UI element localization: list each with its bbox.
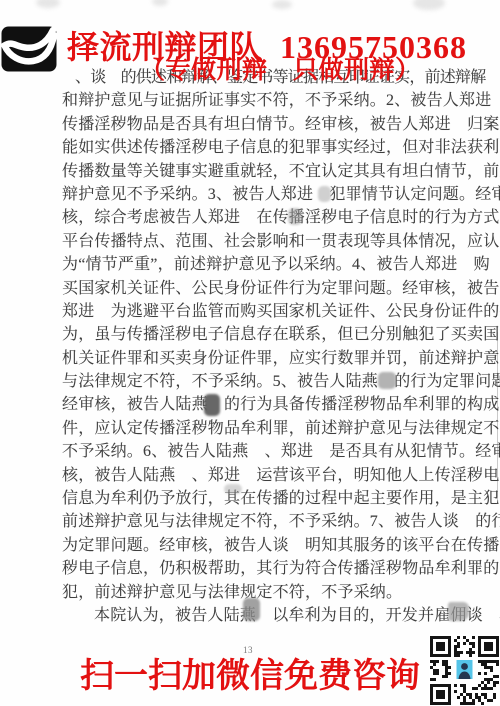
document-line: 平台传播特点、范围、社会影响和一贯表现等具体情况，应认定 [62, 230, 482, 253]
brand-logo-icon [1, 26, 58, 73]
document-line: 为，虽与传播淫秽电子信息存在联系，但已分别触犯了买卖国家 [62, 323, 482, 346]
document-line: 秽电子信息，仍积极帮助，其行为符合传播淫秽物品牟利罪的共 [62, 557, 482, 580]
document-line: 买国家机关证件、公民身份证件行为定罪问题。经审核，被告人 [62, 277, 482, 300]
redaction-mark [224, 484, 242, 494]
document-line: 犯，前述辩护意见与法律规定不符，不予采纳。 [62, 581, 482, 604]
document-line: 能如实供述传播淫秽电子信息的犯罪事实经过，但对非法获利、 [62, 136, 482, 159]
judgment-text: 、谈 的供述和辩解、鉴定书等证据相互印证证实，前述辩解和辩护意见与证据所证事实不… [62, 66, 482, 627]
document-line: 前述辩护意见与法律规定不符，不予采纳。7、被告人谈 的行 [62, 510, 482, 533]
document-line: 传播淫秽物品是否具有坦白情节。经审核，被告人郑进 归案后 [62, 113, 482, 136]
scan-noise [413, 0, 445, 10]
document-line: 不予采纳。6、被告人陆燕 、郑进 是否具有从犯情节。经审 [62, 440, 482, 463]
document-line: 核，被告人陆燕 、郑进 运营该平台，明知他人上传淫秽电子 [62, 464, 482, 487]
document-line: 机关证件罪和买卖身份证件罪，应实行数罪并罚，前述辩护意见 [62, 347, 482, 370]
document-line: 信息为牟利仍予放行，其在传播的过程中起主要作用，是主犯， [62, 487, 482, 510]
ad-subtitle: （专做刑辩 只做刑辩） [140, 50, 421, 86]
scan-noise [272, 0, 292, 9]
document-line: 为“情节严重”，前述辩护意见予以采纳。4、被告人郑进 购 [62, 253, 482, 276]
document-line: 传播数量等关键事实避重就轻，不宜认定其具有坦白情节，前述 [62, 160, 482, 183]
redaction-mark [378, 372, 396, 389]
document-line: 和辩护意见与证据所证事实不符，不予采纳。2、被告人郑进 [62, 89, 482, 112]
document-line: 郑进 为逃避平台监管而购买国家机关证件、公民身份证件的行 [62, 300, 482, 323]
document-line: 件，应认定传播淫秽物品牟利罪，前述辩护意见与法律规定不符， [62, 417, 482, 440]
scan-noise [36, 0, 60, 8]
document-line: 辩护意见不予采纳。3、被告人郑进 犯罪情节认定问题。经审 [62, 183, 482, 206]
document-line: 为定罪问题。经审核，被告人谈 明知其服务的该平台在传播淫 [62, 534, 482, 557]
redaction-mark [204, 394, 220, 416]
document-line: 与法律规定不符，不予采纳。5、被告人陆燕 的行为定罪问题。 [62, 370, 482, 393]
redaction-mark [448, 602, 469, 621]
document-line: 核，综合考虑被告人郑进 在传播淫秽电子信息时的行为方式、 [62, 206, 482, 229]
document-line: 本院认为，被告人陆燕 以牟利为目的，开发并雇佣谈 、 [62, 604, 482, 627]
redaction-mark [243, 598, 260, 621]
redaction-mark [288, 208, 302, 225]
redaction-mark [318, 186, 331, 202]
document-line: 经审核，被告人陆燕 的行为具备传播淫秽物品牟利罪的构成要 [62, 393, 482, 416]
ad-cta-text: 扫一扫加微信免费咨询 [80, 648, 420, 697]
wechat-qr-code-icon [429, 634, 500, 706]
scanned-judgment-page: 择流刑辩团队13695750368 （专做刑辩 只做刑辩） 、谈 的供述和辩解、… [0, 0, 500, 706]
scan-noise [152, 0, 168, 6]
